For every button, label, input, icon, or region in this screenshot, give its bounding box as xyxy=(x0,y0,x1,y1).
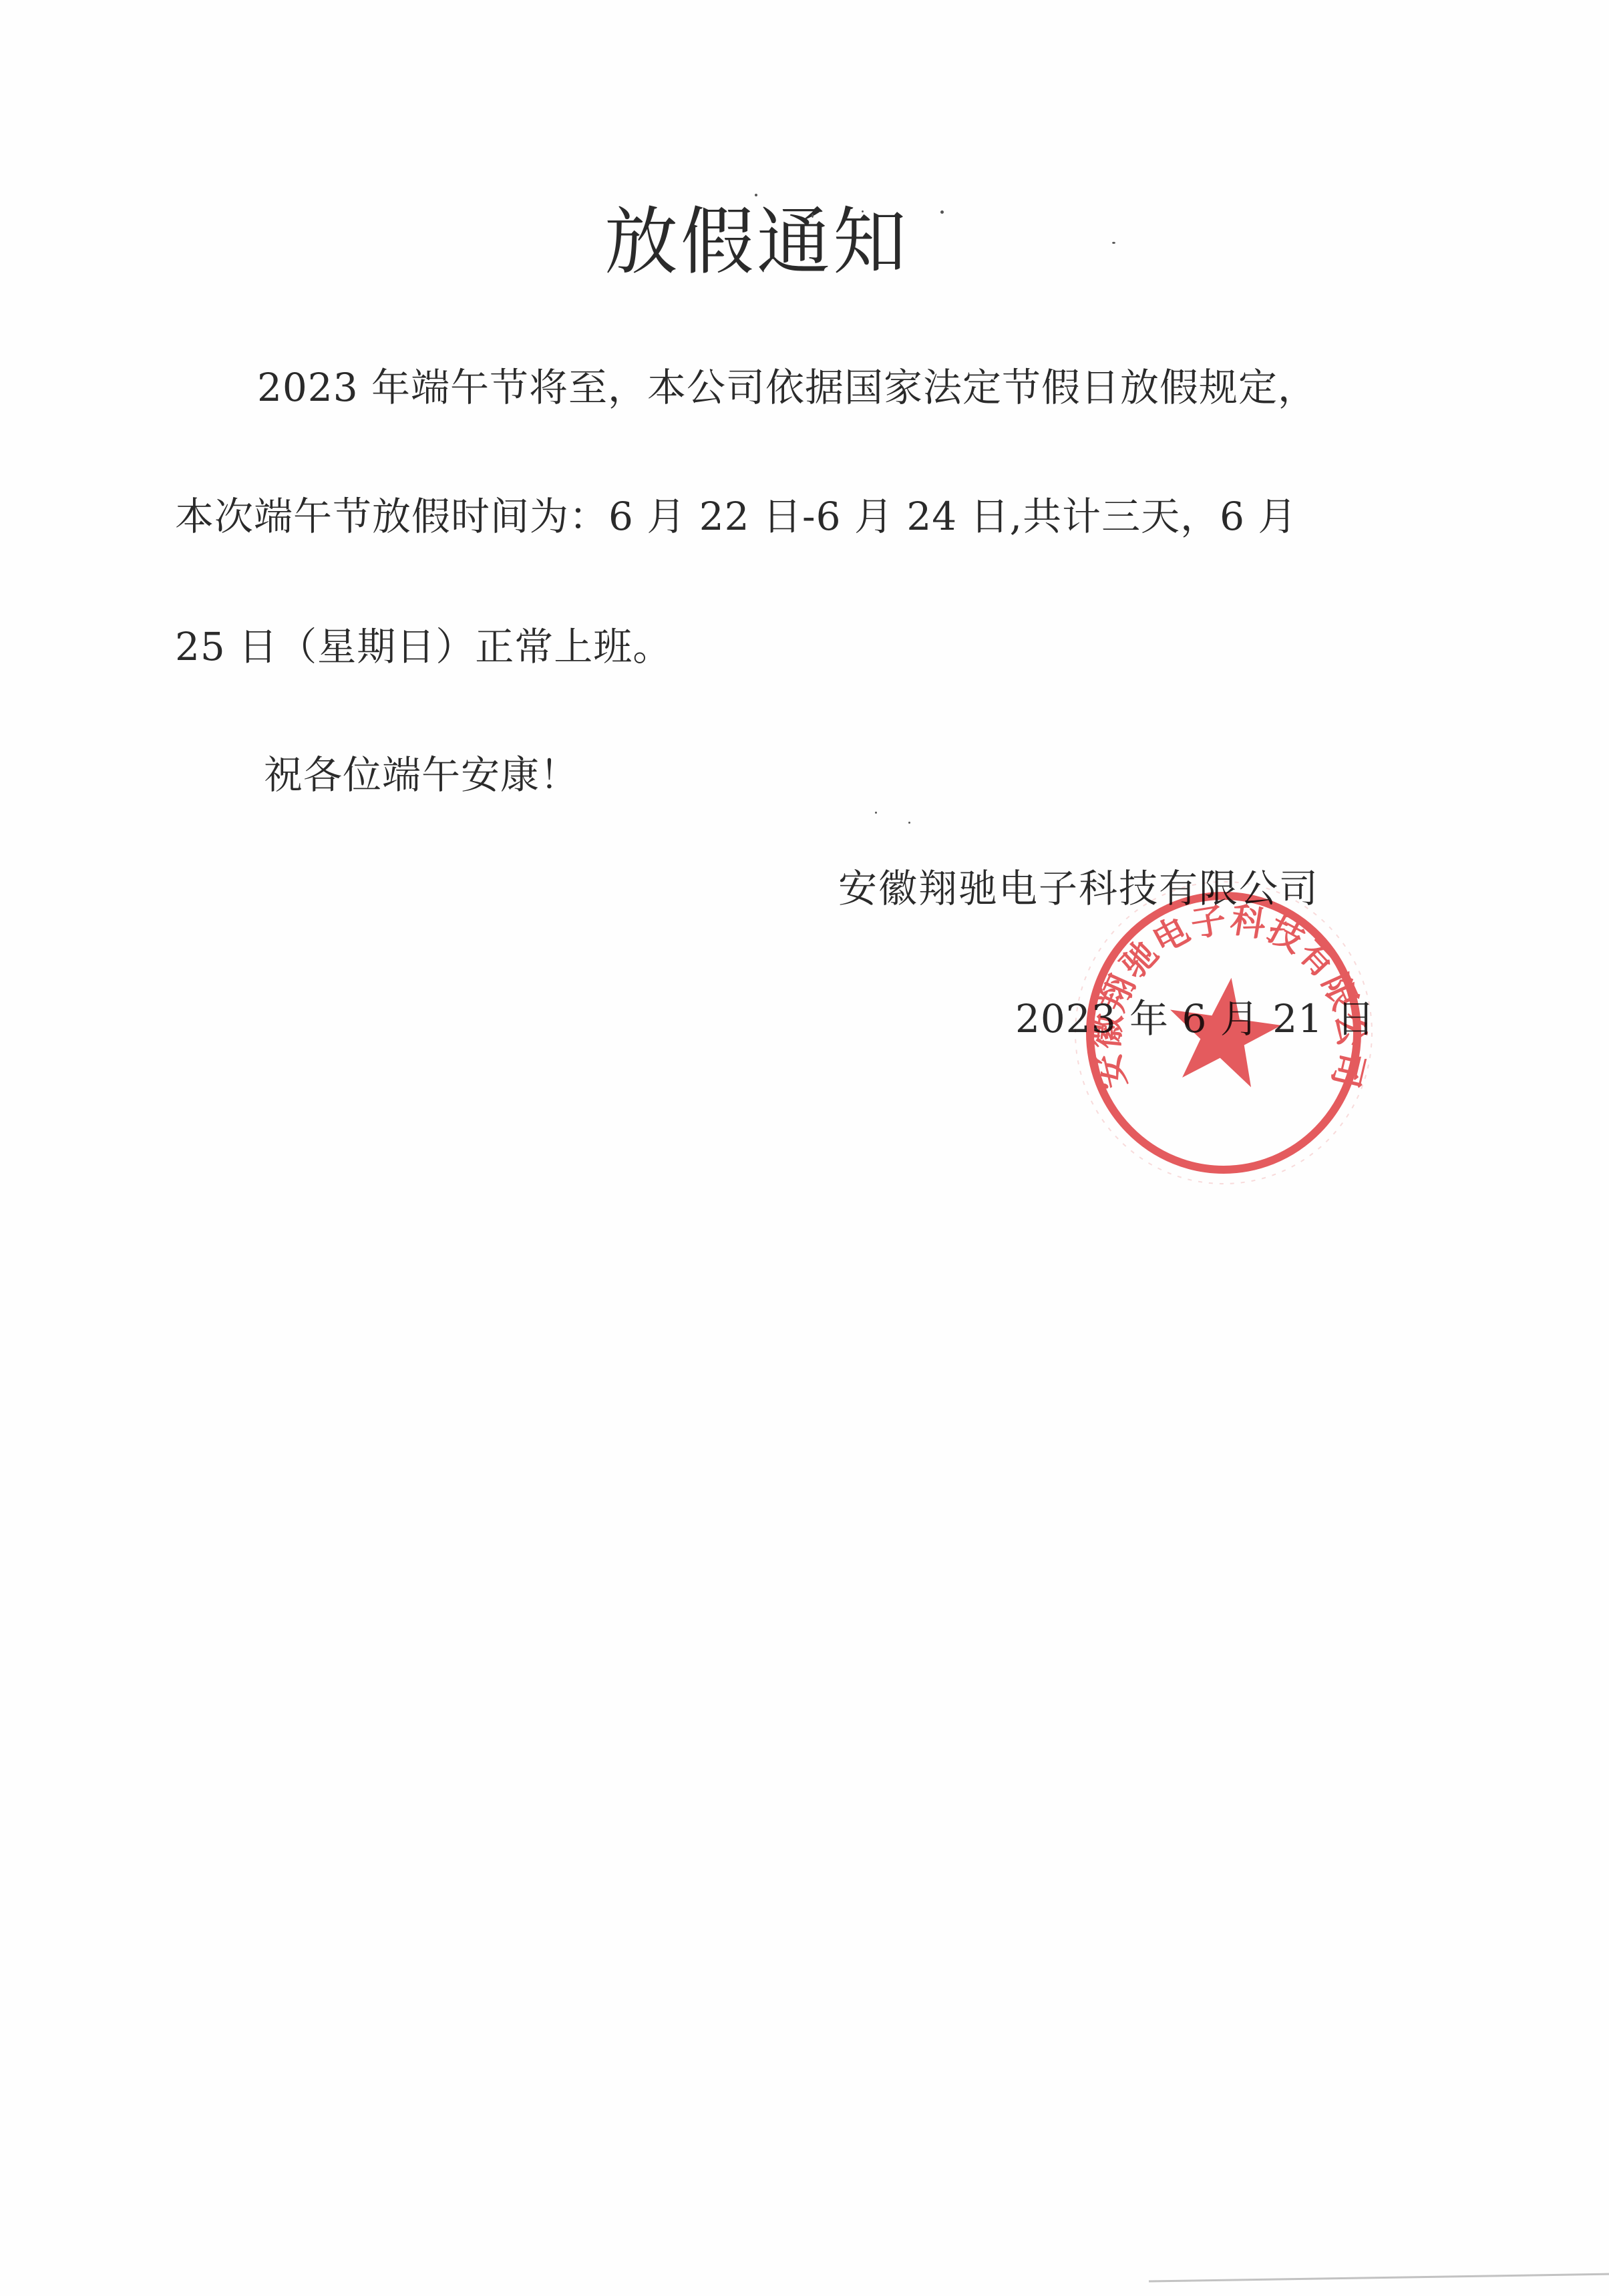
scan-speck xyxy=(862,210,864,212)
scan-speck xyxy=(755,194,757,196)
body-line-3: 25 日（星期日）正常上班。 xyxy=(175,620,672,673)
greeting: 祝各位端午安康！ xyxy=(264,748,579,802)
scan-speck xyxy=(875,812,877,814)
body-line-1: 2023 年端午节将至，本公司依据国家法定节假日放假规定， xyxy=(257,361,1317,414)
scan-speck xyxy=(1112,242,1115,244)
scan-speck xyxy=(812,214,814,218)
body-line-2: 本次端午节放假时间为：6 月 22 日-6 月 24 日,共计三天，6 月 xyxy=(175,490,1297,543)
notice-page: 放假通知 2023 年端午节将至，本公司依据国家法定节假日放假规定， 本次端午节… xyxy=(0,0,1609,2296)
signature-company: 安徽翔驰电子科技有限公司 xyxy=(838,862,1319,915)
document-title: 放假通知 xyxy=(604,195,909,289)
scan-speck xyxy=(908,822,910,824)
scan-edge-line xyxy=(1149,2273,1609,2283)
scan-speck xyxy=(940,210,944,214)
signature-date: 2023 年 6 月 21 日 xyxy=(1015,992,1376,1045)
